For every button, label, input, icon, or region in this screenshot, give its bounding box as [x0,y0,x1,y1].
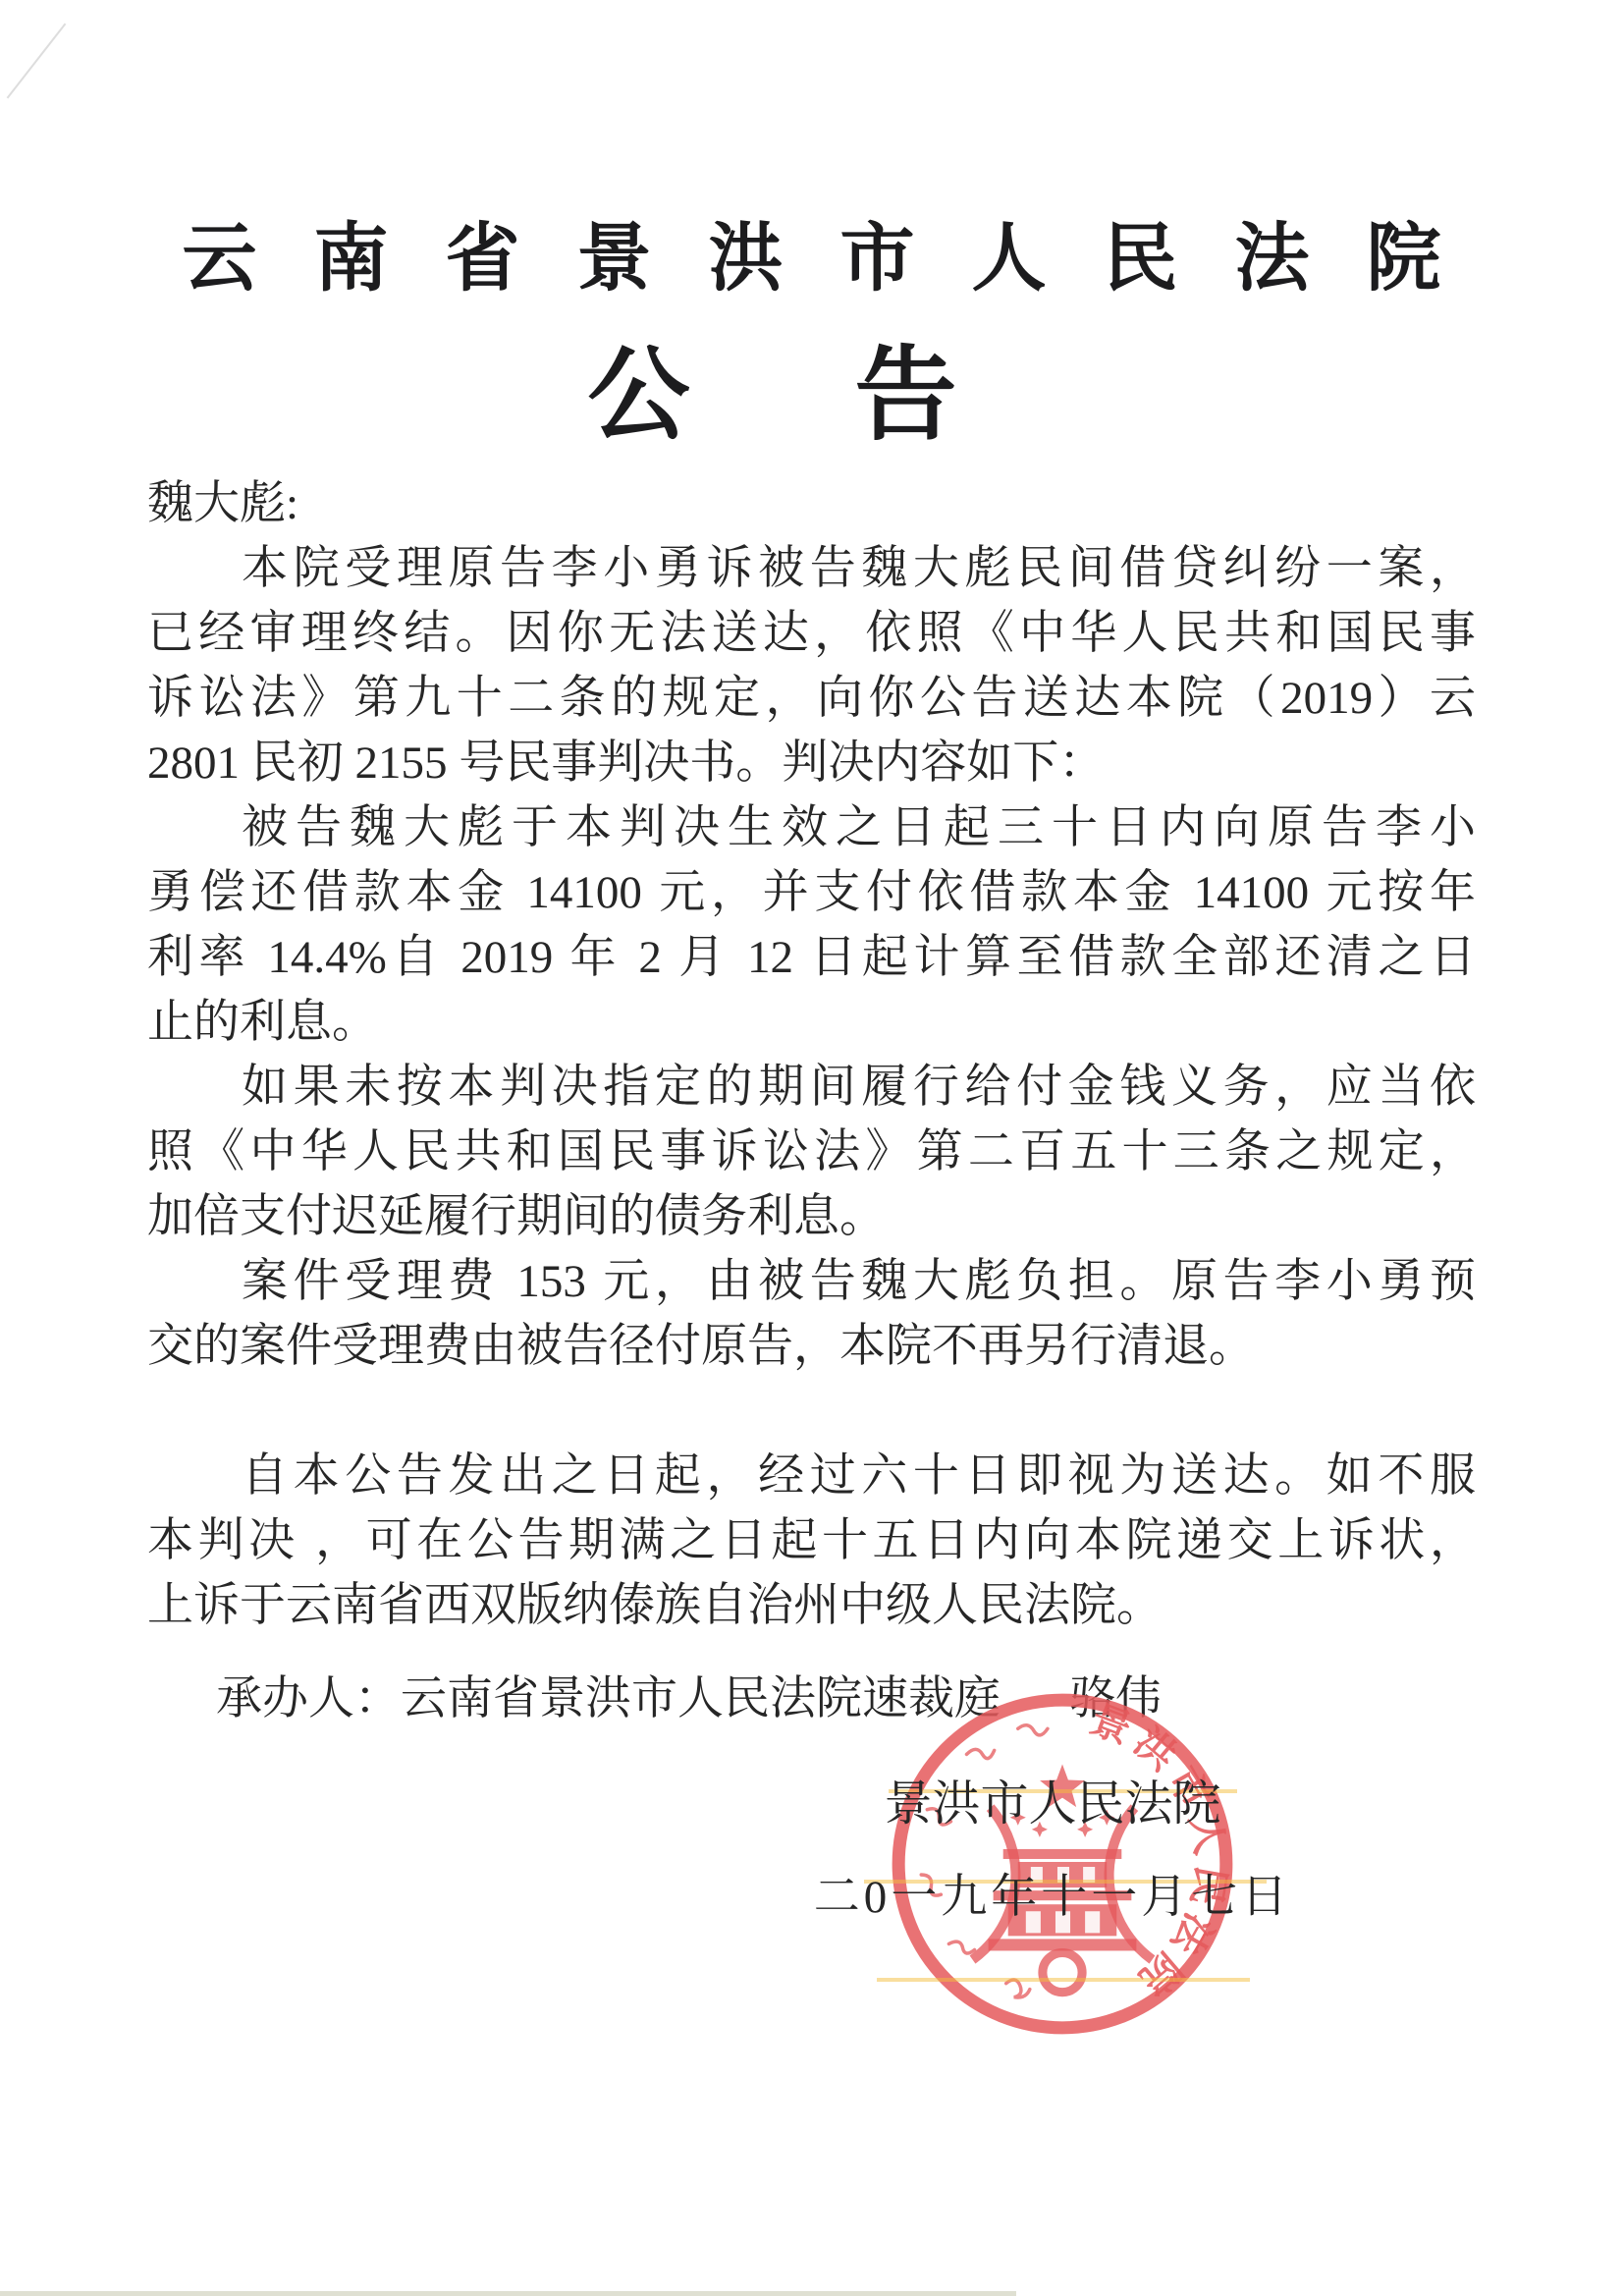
body-line: 如果未按本判决指定的期间履行给付金钱义务，应当依 [147,1055,1476,1120]
body-line: 交的案件受理费由被告径付原告，本院不再另行清退。 [147,1314,1476,1379]
notice-title-char-2: 告 [855,312,957,460]
notice-body: 魏大彪: 本院受理原告李小勇诉被告魏大彪民间借贷纠纷一案， 已经审理终结。因你无… [147,471,1476,1638]
body-line: 案件受理费 153 元，由被告魏大彪负担。原告李小勇预 [147,1249,1476,1314]
body-line: 被告魏大彪于本判决生效之日起三十日内向原告李小 [147,795,1476,860]
body-line: 上诉于云南省西双版纳傣族自治州中级人民法院。 [147,1573,1476,1638]
body-line: 已经审理终结。因你无法送达，依照《中华人民共和国民事 [147,601,1476,666]
body-line: 加倍支付迟延履行期间的债务利息。 [147,1184,1476,1249]
notice-title-char-1: 公 [587,312,689,460]
body-line: 勇偿还借款本金 14100 元，并支付依借款本金 14100 元按年 [147,860,1476,925]
body-line: 止的利息。 [147,990,1476,1055]
body-line: 魏大彪: [147,471,1476,536]
body-line: 利率 14.4%自 2019 年 2 月 12 日起计算至借款全部还清之日 [147,925,1476,990]
scan-scratch-artifact [7,24,67,99]
body-line: 2801 民初 2155 号民事判决书。判决内容如下： [147,731,1476,795]
body-line: 诉讼法》第九十二条的规定，向你公告送达本院（2019）云 [147,666,1476,731]
body-line: 本院受理原告李小勇诉被告魏大彪民间借贷纠纷一案， [147,536,1476,601]
body-line: 自本公告发出之日起，经过六十日即视为送达。如不服 [147,1444,1476,1508]
scan-streak [877,1978,1250,1982]
court-notice-document: 云南省景洪市人民法院 公 告 魏大彪: 本院受理原告李小勇诉被告魏大彪民间借贷纠… [0,0,1623,2296]
body-line: 本判决 ，可在公告期满之日起十五日内向本院递交上诉状， [147,1508,1476,1573]
court-title: 云南省景洪市人民法院 [28,198,1623,305]
handler-label: 承办人： [216,1673,401,1724]
body-line [147,1379,1476,1444]
signature-court: 景洪市人民法院 [797,1766,1308,1834]
signature-date: 二0一九年十一月七日 [797,1860,1308,1926]
notice-title: 公 告 [0,312,1584,460]
body-line: 照《中华人民共和国民事诉讼法》第二百五十三条之规定， [147,1120,1476,1184]
scan-edge-artifact [0,2291,1016,2296]
